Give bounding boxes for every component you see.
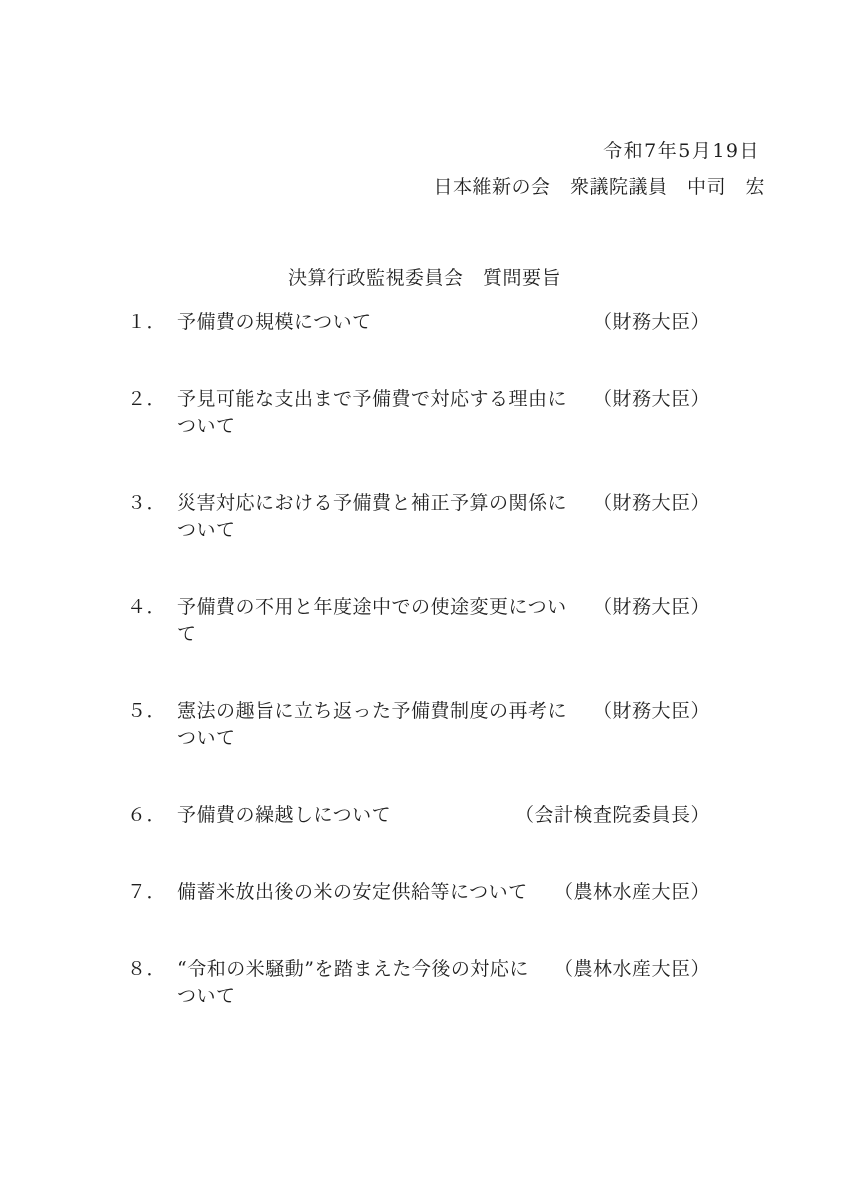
- question-text: 予備費の規模について: [177, 309, 372, 336]
- question-addressee: （財務大臣）: [581, 490, 710, 517]
- question-addressee: （財務大臣）: [581, 698, 710, 725]
- question-row-5: ５． 憲法の趣旨に立ち返った予備費制度の再考について （財務大臣）: [0, 698, 849, 752]
- question-list: １． 予備費の規模について （財務大臣） ２． 予見可能な支出まで予備費で対応す…: [0, 309, 849, 1010]
- question-number: ６．: [127, 802, 177, 829]
- question-text: 予備費の不用と年度途中での使途変更について: [177, 594, 581, 648]
- question-addressee: （財務大臣）: [581, 386, 710, 413]
- question-number: ３．: [127, 490, 177, 517]
- question-text: 予備費の繰越しについて: [177, 802, 391, 829]
- question-row-6: ６． 予備費の繰越しについて （会計検査院委員長）: [0, 802, 849, 829]
- question-addressee: （農林水産大臣）: [542, 956, 710, 983]
- question-row-3: ３． 災害対応における予備費と補正予算の関係について （財務大臣）: [0, 490, 849, 544]
- question-row-8: ８． “令和の米騒動”を踏まえた今後の対応について （農林水産大臣）: [0, 956, 849, 1010]
- question-row-7: ７． 備蓄米放出後の米の安定供給等について （農林水産大臣）: [0, 879, 849, 906]
- question-text: 備蓄米放出後の米の安定供給等について: [177, 879, 528, 906]
- document-page: 令和7年5月19日 日本維新の会 衆議院議員 中司 宏 決算行政監視委員会 質問…: [0, 0, 849, 1200]
- question-addressee: （農林水産大臣）: [542, 879, 710, 906]
- question-number: ２．: [127, 386, 177, 413]
- question-number: ５．: [127, 698, 177, 725]
- document-title: 決算行政監視委員会 質問要旨: [0, 265, 849, 292]
- question-row-1: １． 予備費の規模について （財務大臣）: [0, 309, 849, 336]
- question-addressee: （財務大臣）: [581, 309, 710, 336]
- question-number: ７．: [127, 879, 177, 906]
- document-date: 令和7年5月19日: [0, 0, 849, 165]
- question-text: 災害対応における予備費と補正予算の関係について: [177, 490, 581, 544]
- question-row-2: ２． 予見可能な支出まで予備費で対応する理由について （財務大臣）: [0, 386, 849, 440]
- question-addressee: （財務大臣）: [581, 594, 710, 621]
- question-text: 予見可能な支出まで予備費で対応する理由について: [177, 386, 581, 440]
- question-text: “令和の米騒動”を踏まえた今後の対応について: [177, 956, 542, 1010]
- question-addressee: （会計検査院委員長）: [503, 802, 710, 829]
- document-author: 日本維新の会 衆議院議員 中司 宏: [0, 174, 849, 201]
- question-number: ８．: [127, 956, 177, 983]
- question-row-4: ４． 予備費の不用と年度途中での使途変更について （財務大臣）: [0, 594, 849, 648]
- question-number: ４．: [127, 594, 177, 621]
- question-number: １．: [127, 309, 177, 336]
- question-text: 憲法の趣旨に立ち返った予備費制度の再考について: [177, 698, 581, 752]
